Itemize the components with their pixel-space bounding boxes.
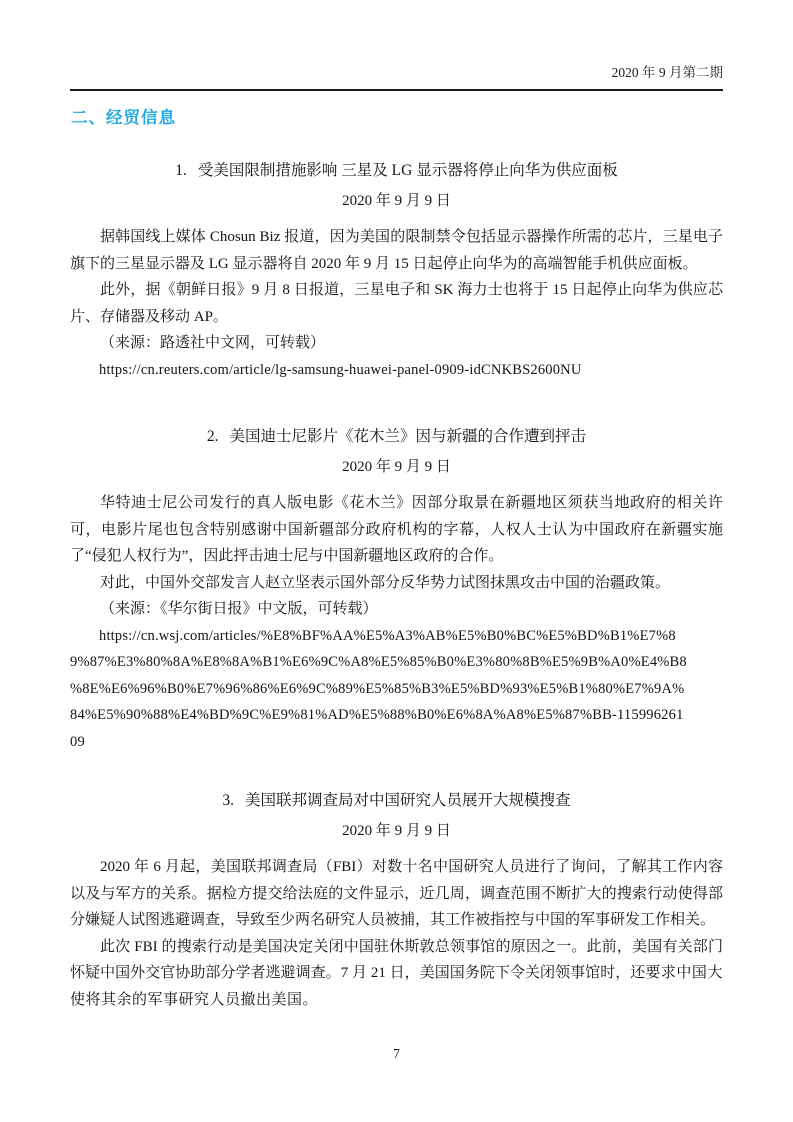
article-url-line: https://cn.wsj.com/articles/%E8%BF%AA%E5… <box>70 623 723 650</box>
article-url: https://cn.reuters.com/article/lg-samsun… <box>70 357 723 384</box>
article-date: 2020 年 9 月 9 日 <box>70 454 723 481</box>
article-body: 2020 年 6 月起，美国联邦调查局（FBI）对数十名中国研究人员进行了询问，… <box>70 854 723 1013</box>
article-body: 华特迪士尼公司发行的真人版电影《花木兰》因部分取景在新疆地区须获当地政府的相关许… <box>70 490 723 755</box>
issue-label: 2020 年 9 月第二期 <box>612 65 723 80</box>
paragraph: 华特迪士尼公司发行的真人版电影《花木兰》因部分取景在新疆地区须获当地政府的相关许… <box>70 490 723 570</box>
paragraph: 2020 年 6 月起，美国联邦调查局（FBI）对数十名中国研究人员进行了询问，… <box>70 854 723 934</box>
article-title-text: 美国迪士尼影片《花木兰》因与新疆的合作遭到抨击 <box>230 428 587 445</box>
paragraph: 此次 FBI 的搜索行动是美国决定关闭中国驻休斯敦总领事馆的原因之一。此前，美国… <box>70 934 723 1014</box>
article-number: 2. <box>207 428 219 445</box>
article-date: 2020 年 9 月 9 日 <box>70 188 723 215</box>
article-url-line: 9%87%E3%80%8A%E8%8A%B1%E6%9C%A8%E5%85%B0… <box>70 649 723 676</box>
article-title-text: 美国联邦调查局对中国研究人员展开大规模搜查 <box>245 792 571 809</box>
article-number: 1. <box>175 162 187 179</box>
article-body: 据韩国线上媒体 Chosun Biz 报道，因为美国的限制禁令包括显示器操作所需… <box>70 224 723 383</box>
page-number: 7 <box>393 1046 400 1061</box>
article-title: 1.受美国限制措施影响 三星及 LG 显示器将停止向华为供应面板 <box>70 157 723 184</box>
article-title: 3.美国联邦调查局对中国研究人员展开大规模搜查 <box>70 787 723 814</box>
article-title-text: 受美国限制措施影响 三星及 LG 显示器将停止向华为供应面板 <box>198 162 618 179</box>
paragraph: 此外，据《朝鲜日报》9 月 8 日报道，三星电子和 SK 海力士也将于 15 日… <box>70 277 723 330</box>
section-heading: 二、经贸信息 <box>71 104 723 128</box>
page-footer: 7 <box>0 1046 793 1062</box>
article-url-line: %8E%E6%96%B0%E7%96%86%E6%9C%89%E5%85%B3%… <box>70 676 723 703</box>
article-title: 2.美国迪士尼影片《花木兰》因与新疆的合作遭到抨击 <box>70 423 723 450</box>
article-date: 2020 年 9 月 9 日 <box>70 818 723 845</box>
header-divider <box>70 89 723 91</box>
article-samsung-lg: 1.受美国限制措施影响 三星及 LG 显示器将停止向华为供应面板 2020 年 … <box>70 157 723 383</box>
paragraph: 据韩国线上媒体 Chosun Biz 报道，因为美国的限制禁令包括显示器操作所需… <box>70 224 723 277</box>
paragraph: 对此，中国外交部发言人赵立坚表示国外部分反华势力试图抹黑攻击中国的治疆政策。 <box>70 570 723 597</box>
article-mulan: 2.美国迪士尼影片《花木兰》因与新疆的合作遭到抨击 2020 年 9 月 9 日… <box>70 423 723 755</box>
article-url: https://cn.wsj.com/articles/%E8%BF%AA%E5… <box>70 623 723 756</box>
page-header: 2020 年 9 月第二期 <box>70 64 723 82</box>
paragraph-normal-text: 此次 FBI 的搜索行动是美国决定关闭中国驻休斯敦总领事馆的原因之一。此前，美国… <box>70 939 723 982</box>
source-line: （来源：路透社中文网，可转载） <box>70 330 723 357</box>
document-page: 2020 年 9 月第二期 二、经贸信息 1.受美国限制措施影响 三星及 LG … <box>0 0 793 1122</box>
article-url-line: 09 <box>70 729 723 756</box>
source-line: （来源：《华尔街日报》中文版，可转载） <box>70 596 723 623</box>
article-number: 3. <box>222 792 234 809</box>
article-fbi: 3.美国联邦调查局对中国研究人员展开大规模搜查 2020 年 9 月 9 日 2… <box>70 787 723 1013</box>
article-url-line: 84%E5%90%88%E4%BD%9C%E9%81%AD%E5%88%B0%E… <box>70 702 723 729</box>
